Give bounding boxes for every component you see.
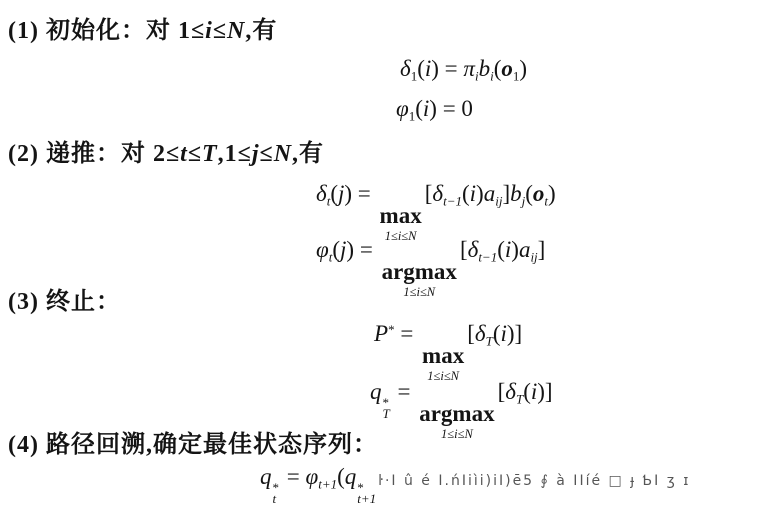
step3-termination-heading: (3) 终止： bbox=[8, 281, 121, 316]
sup-sub-stack: *t bbox=[273, 482, 280, 505]
q-star-t-backtrack-formula: q*t = φt+1(q*t+1ŀ·I û é I.ńIiìi)iI)ē5 ∮ … bbox=[260, 464, 690, 505]
operator-with-limit: argmax1≤i≤N bbox=[382, 260, 457, 299]
phi-t-formula: φt(j) = argmax1≤i≤N[δt−1(i)aij] bbox=[316, 237, 545, 298]
sup-sub-stack: *T bbox=[383, 397, 390, 420]
step1-initialization-heading: (1) 初始化：对 1≤i≤N,有 bbox=[8, 10, 277, 45]
operator-with-limit: argmax1≤i≤N bbox=[419, 402, 494, 441]
step2-recursion-heading: (2) 递推：对 2≤t≤T,1≤j≤N,有 bbox=[8, 133, 324, 168]
q-star-T-formula: q*T = argmax1≤i≤N[δT(i)] bbox=[370, 379, 553, 440]
sup-sub-stack: *t+1 bbox=[357, 482, 376, 505]
delta-t-formula: δt(j) = max1≤i≤N[δt−1(i)aij]bj(ot) bbox=[316, 181, 556, 242]
document-page: (1) 初始化：对 1≤i≤N,有 δ1(i) = πibi(o1) φ1(i)… bbox=[0, 0, 762, 507]
delta1-formula: δ1(i) = πibi(o1) bbox=[400, 56, 527, 85]
operator-with-limit: max1≤i≤N bbox=[422, 344, 464, 383]
p-star-formula: P* = max1≤i≤N[δT(i)] bbox=[374, 321, 522, 382]
step4-backtracking-heading: (4) 路径回溯,确定最佳状态序列： bbox=[8, 424, 378, 459]
phi1-formula: φ1(i) = 0 bbox=[396, 96, 473, 125]
